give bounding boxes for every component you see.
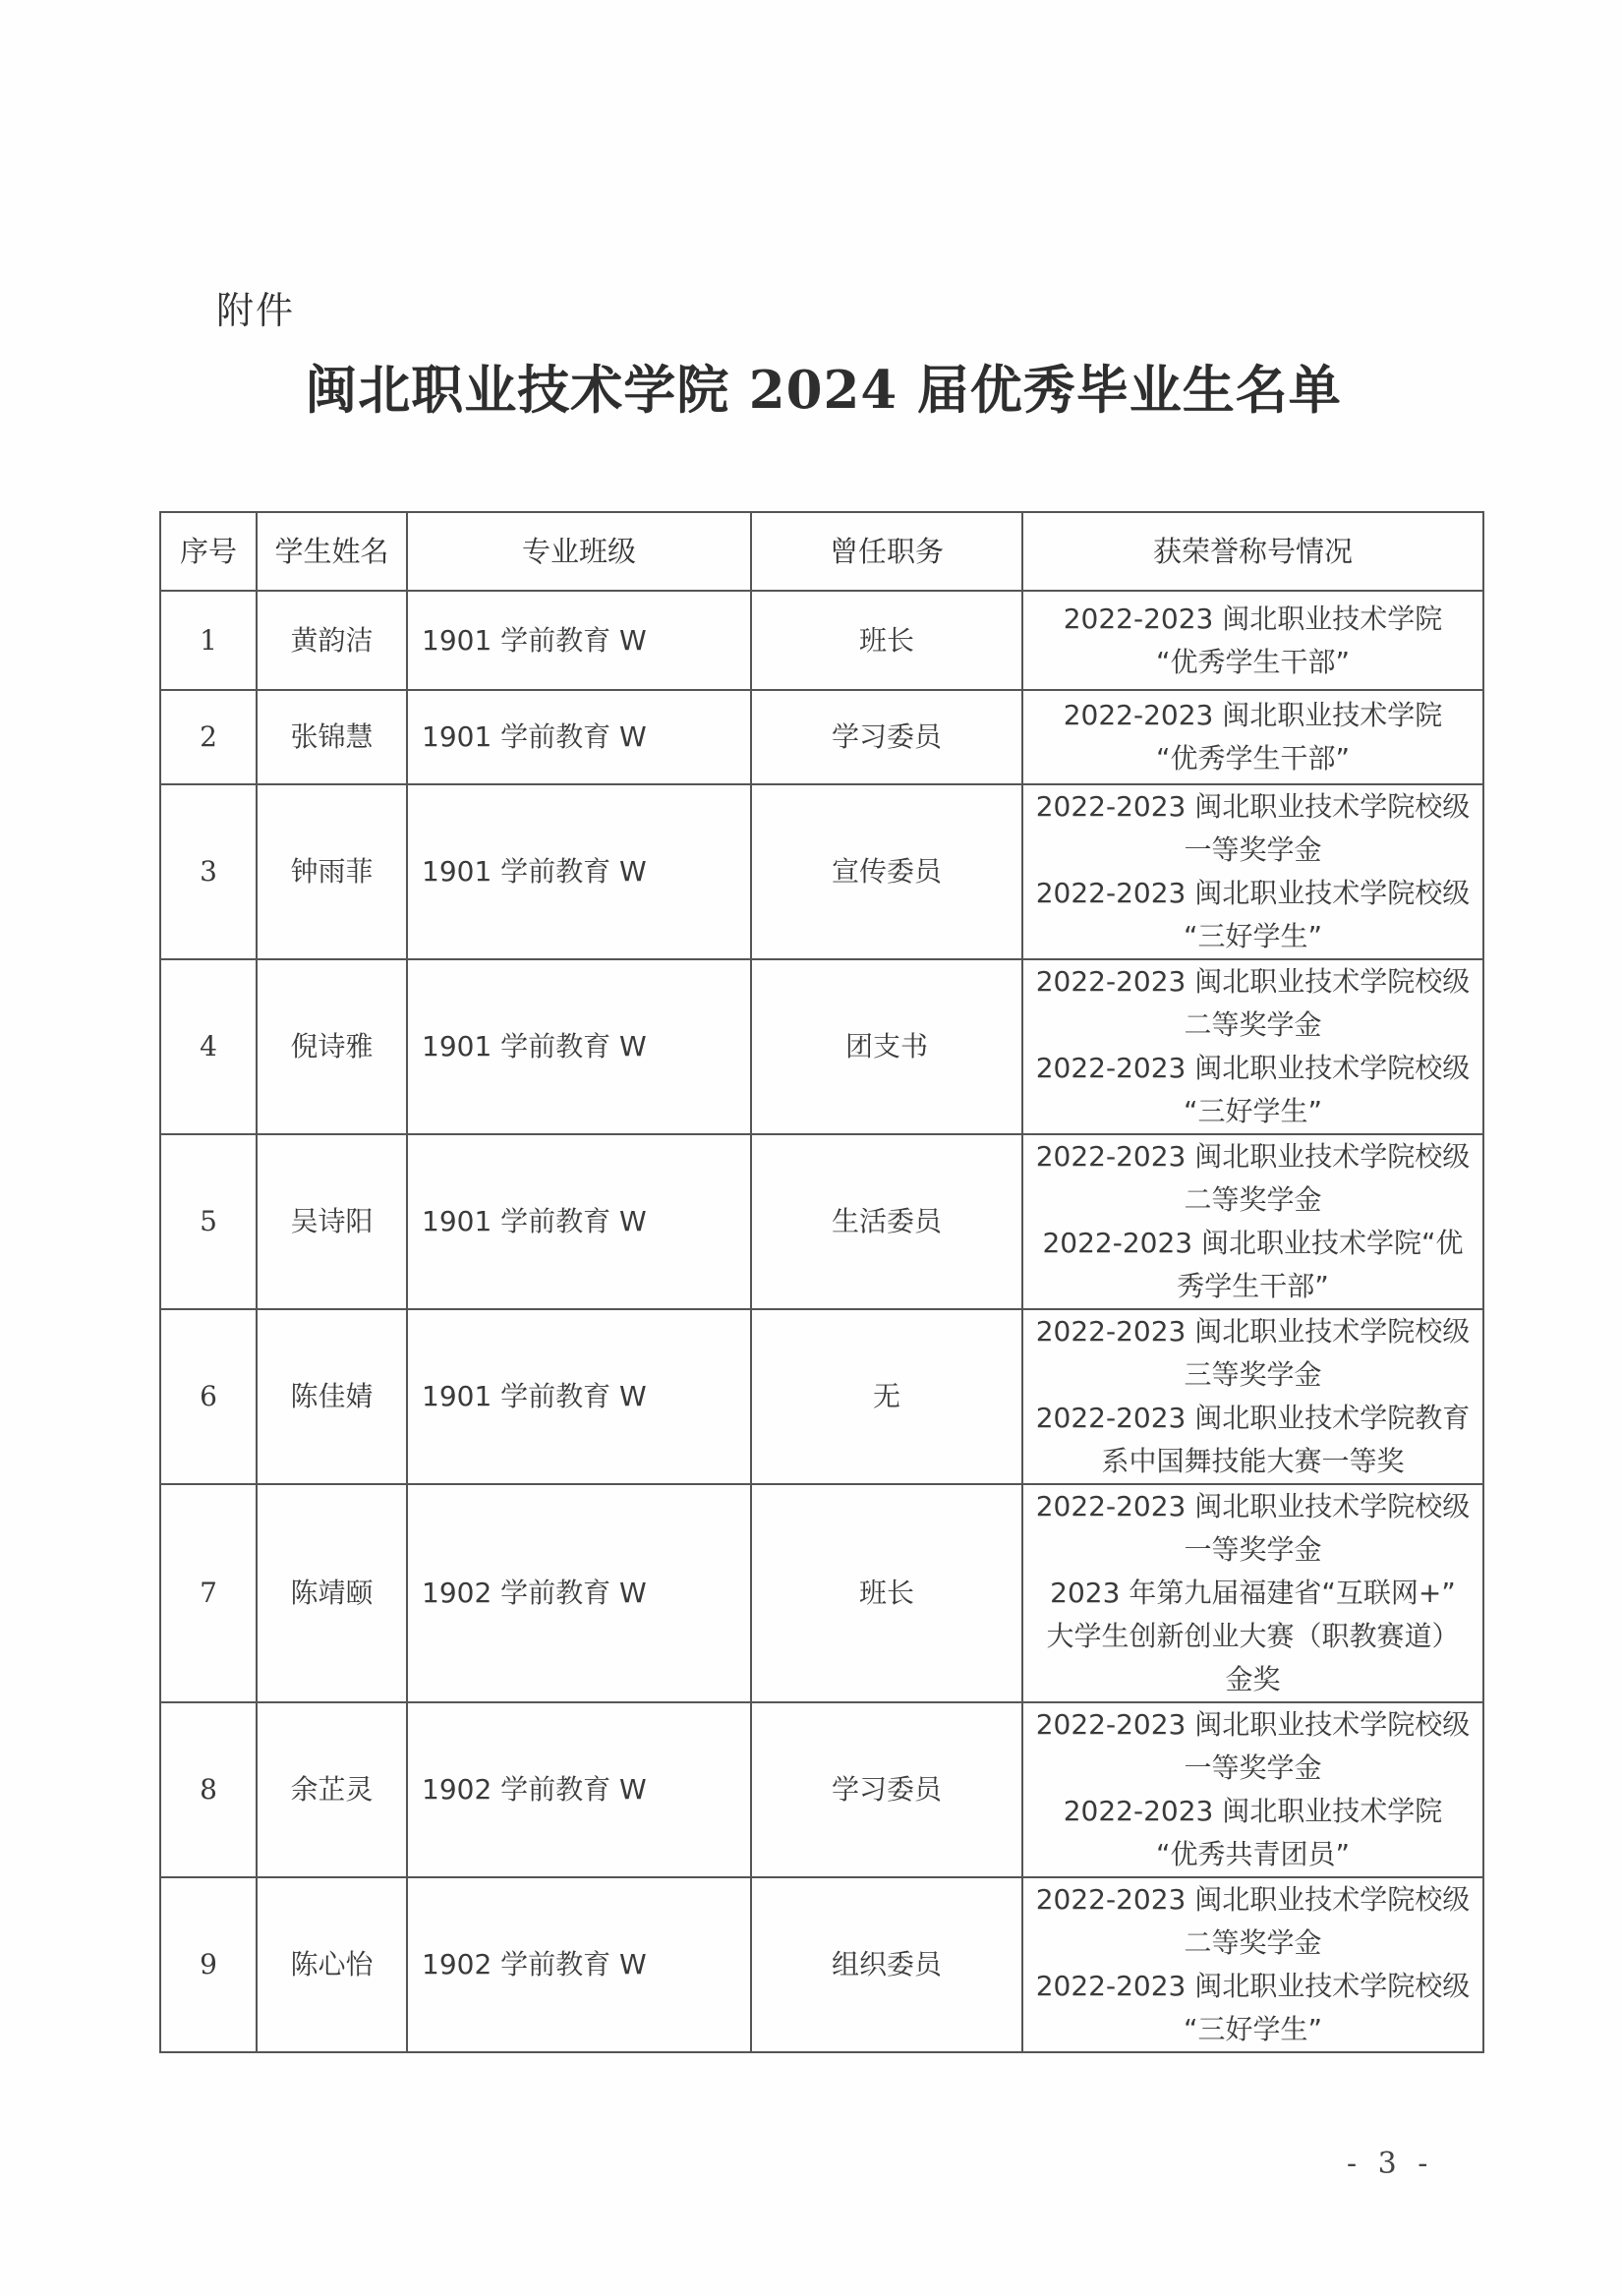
cell-honors: 2022-2023 闽北职业技术学院“优秀学生干部” <box>1022 690 1483 784</box>
table-header-row: 序号 学生姓名 专业班级 曾任职务 获荣誉称号情况 <box>160 512 1483 591</box>
cell-honors: 2022-2023 闽北职业技术学院校级二等奖学金2022-2023 闽北职业技… <box>1022 1877 1483 2052</box>
cell-student-name: 钟雨菲 <box>257 784 407 959</box>
cell-index: 7 <box>160 1484 257 1702</box>
cell-honors: 2022-2023 闽北职业技术学院校级三等奖学金2022-2023 闽北职业技… <box>1022 1309 1483 1484</box>
cell-index: 5 <box>160 1134 257 1309</box>
cell-student-name: 余芷灵 <box>257 1702 407 1877</box>
honor-line: 2022-2023 闽北职业技术学院校级 <box>1035 1878 1471 1922</box>
table-row: 9陈心怡1902 学前教育 W组织委员2022-2023 闽北职业技术学院校级二… <box>160 1877 1483 2052</box>
cell-honors: 2022-2023 闽北职业技术学院校级二等奖学金2022-2023 闽北职业技… <box>1022 959 1483 1134</box>
honor-line: 2022-2023 闽北职业技术学院校级 <box>1035 872 1471 915</box>
graduate-honor-table: 序号 学生姓名 专业班级 曾任职务 获荣誉称号情况 1黄韵洁1901 学前教育 … <box>159 511 1484 2053</box>
page-number: - 3 - <box>1347 2147 1433 2182</box>
cell-honors: 2022-2023 闽北职业技术学院“优秀学生干部” <box>1022 591 1483 690</box>
honor-line: 2022-2023 闽北职业技术学院校级 <box>1035 1965 1471 2008</box>
honor-line: 2022-2023 闽北职业技术学院“优 <box>1035 1222 1471 1265</box>
table-row: 8余芷灵1902 学前教育 W学习委员2022-2023 闽北职业技术学院校级一… <box>160 1702 1483 1877</box>
honor-line: 二等奖学金 <box>1035 1004 1471 1047</box>
table-row: 6陈佳婧1901 学前教育 W无2022-2023 闽北职业技术学院校级三等奖学… <box>160 1309 1483 1484</box>
cell-honors: 2022-2023 闽北职业技术学院校级一等奖学金2023 年第九届福建省“互联… <box>1022 1484 1483 1702</box>
honor-line: “优秀共青团员” <box>1035 1833 1471 1876</box>
cell-index: 3 <box>160 784 257 959</box>
cell-student-name: 吴诗阳 <box>257 1134 407 1309</box>
honor-line: 大学生创新创业大赛（职教赛道） <box>1035 1615 1471 1658</box>
cell-former-role: 组织委员 <box>751 1877 1022 2052</box>
cell-index: 6 <box>160 1309 257 1484</box>
cell-major-class: 1902 学前教育 W <box>407 1877 751 2052</box>
honor-line: 2022-2023 闽北职业技术学院校级 <box>1035 1703 1471 1747</box>
honor-line: “三好学生” <box>1035 915 1471 958</box>
honor-line: 二等奖学金 <box>1035 1922 1471 1965</box>
attachment-label: 附件 <box>216 287 295 334</box>
honor-line: 2022-2023 闽北职业技术学院校级 <box>1035 1135 1471 1178</box>
table-row: 7陈靖颐1902 学前教育 W班长2022-2023 闽北职业技术学院校级一等奖… <box>160 1484 1483 1702</box>
cell-honors: 2022-2023 闽北职业技术学院校级二等奖学金2022-2023 闽北职业技… <box>1022 1134 1483 1309</box>
cell-major-class: 1901 学前教育 W <box>407 591 751 690</box>
honor-line: 一等奖学金 <box>1035 1528 1471 1572</box>
cell-index: 1 <box>160 591 257 690</box>
cell-honors: 2022-2023 闽北职业技术学院校级一等奖学金2022-2023 闽北职业技… <box>1022 1702 1483 1877</box>
honor-line: 2022-2023 闽北职业技术学院 <box>1035 694 1471 737</box>
cell-major-class: 1902 学前教育 W <box>407 1702 751 1877</box>
honor-line: “优秀学生干部” <box>1035 737 1471 780</box>
table-row: 2张锦慧1901 学前教育 W学习委员2022-2023 闽北职业技术学院“优秀… <box>160 690 1483 784</box>
cell-honors: 2022-2023 闽北职业技术学院校级一等奖学金2022-2023 闽北职业技… <box>1022 784 1483 959</box>
honor-line: 2022-2023 闽北职业技术学院校级 <box>1035 1310 1471 1353</box>
cell-student-name: 陈靖颐 <box>257 1484 407 1702</box>
honor-line: 2022-2023 闽北职业技术学院校级 <box>1035 1047 1471 1090</box>
header-index: 序号 <box>160 512 257 591</box>
cell-index: 4 <box>160 959 257 1134</box>
table-row: 5吴诗阳1901 学前教育 W生活委员2022-2023 闽北职业技术学院校级二… <box>160 1134 1483 1309</box>
honor-line: 一等奖学金 <box>1035 829 1471 872</box>
cell-former-role: 班长 <box>751 591 1022 690</box>
cell-major-class: 1901 学前教育 W <box>407 784 751 959</box>
honor-line: 秀学生干部” <box>1035 1265 1471 1308</box>
header-honors: 获荣誉称号情况 <box>1022 512 1483 591</box>
honor-line: 系中国舞技能大赛一等奖 <box>1035 1440 1471 1483</box>
cell-student-name: 黄韵洁 <box>257 591 407 690</box>
cell-index: 2 <box>160 690 257 784</box>
header-student-name: 学生姓名 <box>257 512 407 591</box>
cell-index: 8 <box>160 1702 257 1877</box>
table-row: 3钟雨菲1901 学前教育 W宣传委员2022-2023 闽北职业技术学院校级一… <box>160 784 1483 959</box>
honor-line: 2022-2023 闽北职业技术学院校级 <box>1035 785 1471 829</box>
cell-former-role: 无 <box>751 1309 1022 1484</box>
honor-line: 二等奖学金 <box>1035 1178 1471 1222</box>
cell-student-name: 倪诗雅 <box>257 959 407 1134</box>
honor-line: “三好学生” <box>1035 2008 1471 2051</box>
cell-former-role: 团支书 <box>751 959 1022 1134</box>
cell-major-class: 1901 学前教育 W <box>407 1309 751 1484</box>
honor-line: 金奖 <box>1035 1658 1471 1701</box>
honor-line: 2023 年第九届福建省“互联网+” <box>1035 1572 1471 1615</box>
cell-student-name: 张锦慧 <box>257 690 407 784</box>
honor-line: 2022-2023 闽北职业技术学院校级 <box>1035 1485 1471 1528</box>
cell-student-name: 陈心怡 <box>257 1877 407 2052</box>
cell-former-role: 学习委员 <box>751 690 1022 784</box>
honor-line: “三好学生” <box>1035 1090 1471 1133</box>
honor-line: 一等奖学金 <box>1035 1747 1471 1790</box>
cell-former-role: 学习委员 <box>751 1702 1022 1877</box>
document-title: 闽北职业技术学院 2024 届优秀毕业生名单 <box>0 356 1622 425</box>
cell-former-role: 生活委员 <box>751 1134 1022 1309</box>
cell-former-role: 班长 <box>751 1484 1022 1702</box>
cell-former-role: 宣传委员 <box>751 784 1022 959</box>
honor-line: 2022-2023 闽北职业技术学院校级 <box>1035 960 1471 1004</box>
honor-line: 2022-2023 闽北职业技术学院 <box>1035 598 1471 641</box>
header-former-role: 曾任职务 <box>751 512 1022 591</box>
header-major-class: 专业班级 <box>407 512 751 591</box>
honor-line: 三等奖学金 <box>1035 1353 1471 1397</box>
table-row: 1黄韵洁1901 学前教育 W班长2022-2023 闽北职业技术学院“优秀学生… <box>160 591 1483 690</box>
cell-major-class: 1901 学前教育 W <box>407 959 751 1134</box>
cell-major-class: 1901 学前教育 W <box>407 1134 751 1309</box>
cell-index: 9 <box>160 1877 257 2052</box>
honor-line: 2022-2023 闽北职业技术学院教育 <box>1035 1397 1471 1440</box>
cell-major-class: 1901 学前教育 W <box>407 690 751 784</box>
honor-line: “优秀学生干部” <box>1035 641 1471 684</box>
honor-line: 2022-2023 闽北职业技术学院 <box>1035 1790 1471 1833</box>
cell-major-class: 1902 学前教育 W <box>407 1484 751 1702</box>
cell-student-name: 陈佳婧 <box>257 1309 407 1484</box>
table-row: 4倪诗雅1901 学前教育 W团支书2022-2023 闽北职业技术学院校级二等… <box>160 959 1483 1134</box>
